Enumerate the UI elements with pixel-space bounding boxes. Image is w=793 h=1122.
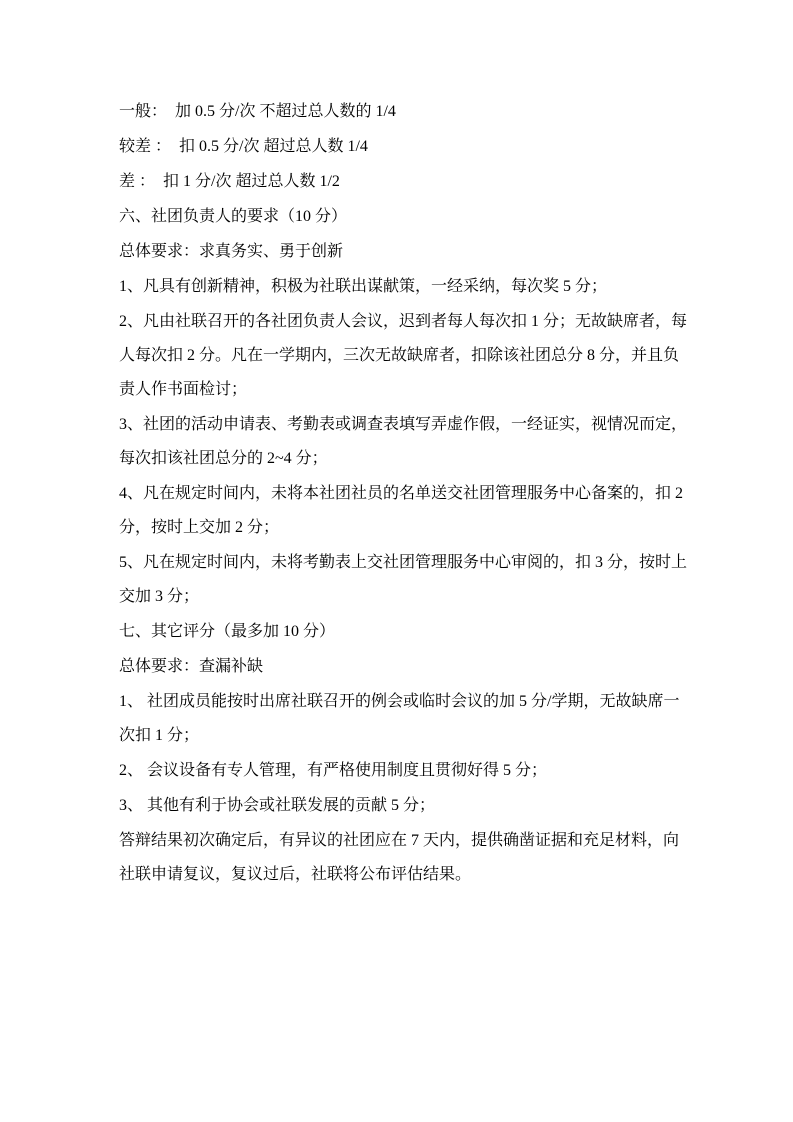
section-seven-item-2: 2、 会议设备有专人管理，有严格使用制度且贯彻好得 5 分； — [119, 754, 687, 788]
document-page: 一般： 加 0.5 分/次 不超过总人数的 1/4 较差 ： 扣 0.5 分/次… — [0, 0, 793, 1122]
section-seven-heading: 七、其它评分（最多加 10 分） — [119, 615, 687, 649]
section-seven-overall-requirement: 总体要求：查漏补缺 — [119, 650, 687, 684]
section-six-overall-requirement: 总体要求：求真务实、勇于创新 — [119, 235, 687, 269]
section-six-item-2: 2、凡由社联召开的各社团负责人会议，迟到者每人每次扣 1 分；无故缺席者，每人每… — [119, 305, 687, 407]
rating-line-general: 一般： 加 0.5 分/次 不超过总人数的 1/4 — [119, 95, 687, 129]
rating-line-below-average: 较差 ： 扣 0.5 分/次 超过总人数 1/4 — [119, 130, 687, 164]
section-six-item-4: 4、凡在规定时间内，未将本社团社员的名单送交社团管理服务中心备案的，扣 2 分，… — [119, 477, 687, 545]
section-six-heading: 六、社团负责人的要求（10 分） — [119, 200, 687, 234]
section-seven-item-1: 1、 社团成员能按时出席社联召开的例会或临时会议的加 5 分/学期，无故缺席一次… — [119, 685, 687, 753]
section-seven-item-3: 3、 其他有利于协会或社联发展的贡献 5 分； — [119, 789, 687, 823]
section-six-item-5: 5、凡在规定时间内，未将考勤表上交社团管理服务中心审阅的，扣 3 分，按时上交加… — [119, 546, 687, 614]
rating-line-poor: 差 ： 扣 1 分/次 超过总人数 1/2 — [119, 165, 687, 199]
section-six-item-1: 1、凡具有创新精神，积极为社联出谋献策，一经采纳，每次奖 5 分； — [119, 270, 687, 304]
closing-paragraph: 答辩结果初次确定后，有异议的社团应在 7 天内，提供确凿证据和充足材料，向社联申… — [119, 824, 687, 892]
document-body: 一般： 加 0.5 分/次 不超过总人数的 1/4 较差 ： 扣 0.5 分/次… — [119, 95, 687, 892]
section-six-item-3: 3、社团的活动申请表、考勤表或调查表填写弄虚作假，一经证实，视情况而定，每次扣该… — [119, 408, 687, 476]
